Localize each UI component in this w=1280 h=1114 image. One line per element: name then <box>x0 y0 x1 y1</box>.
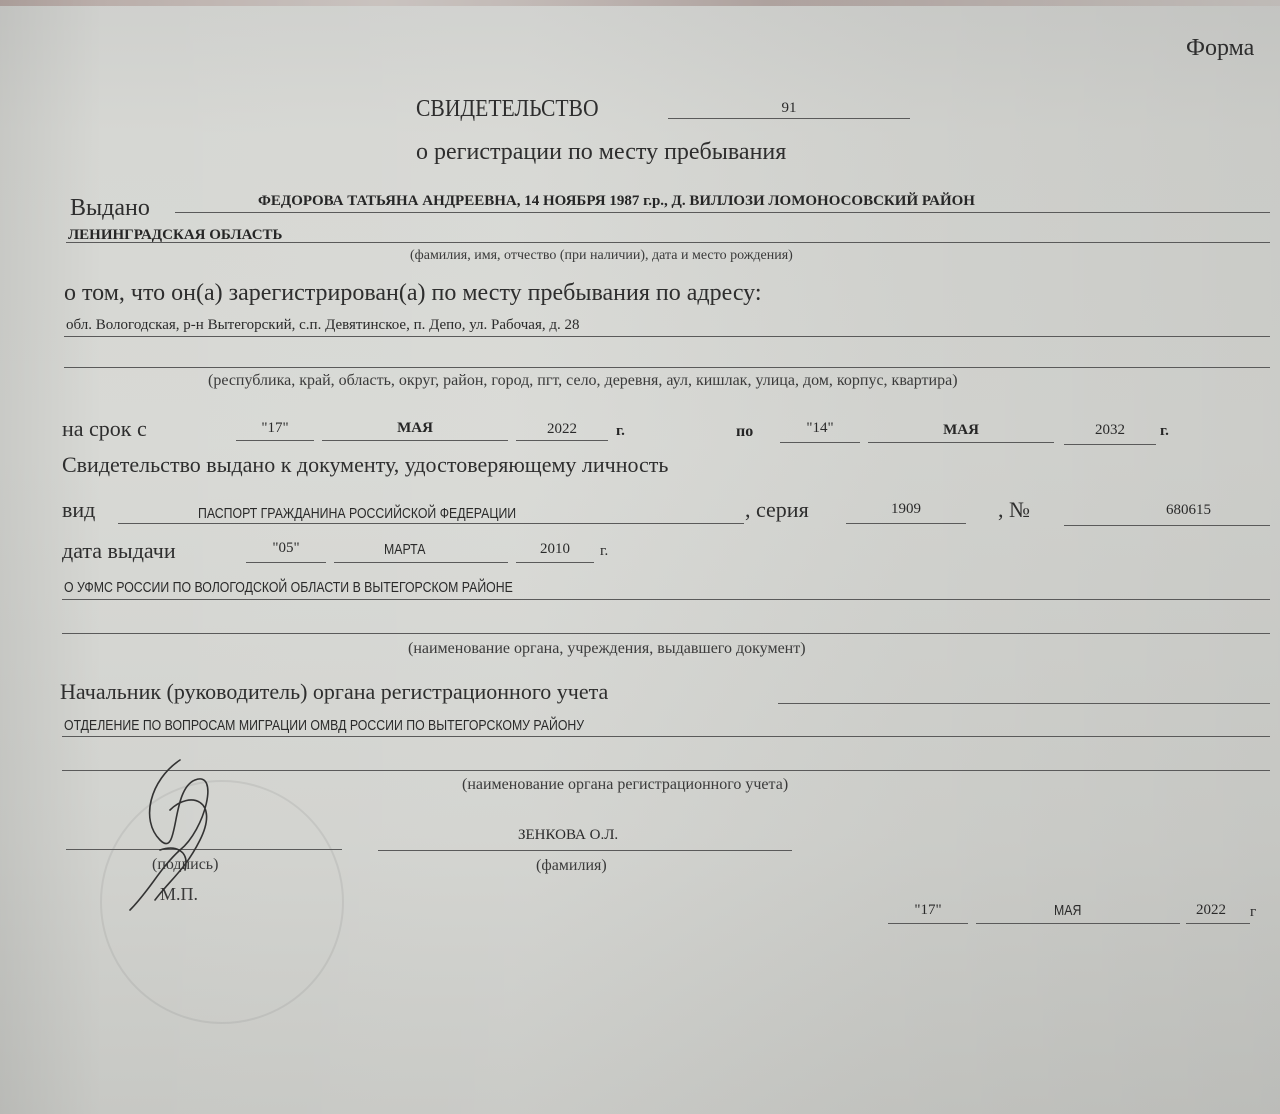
issue-day: "05" <box>246 541 326 556</box>
document-type-label: вид <box>62 499 95 521</box>
term-to-label: по <box>736 424 753 440</box>
issued-to-value-line-1: ФЕДОРОВА ТАТЬЯНА АНДРЕЕВНА, 14 НОЯБРЯ 19… <box>258 194 975 209</box>
surname-hint: (фамилия) <box>536 858 607 874</box>
issuer-line-2 <box>62 633 1270 634</box>
certificate-number: 91 <box>668 101 910 116</box>
document-number-line <box>1064 525 1270 526</box>
sign-date-month-line <box>976 923 1180 924</box>
term-to-month-line <box>868 442 1054 443</box>
document-series-value: 1909 <box>846 502 966 517</box>
term-from-day-line <box>236 440 314 441</box>
issue-day-line <box>246 562 326 563</box>
term-from-year-suffix: г. <box>616 424 625 439</box>
issuer-value-line-1: О УФМС РОССИИ ПО ВОЛОГОДСКОЙ ОБЛАСТИ В В… <box>64 580 513 595</box>
term-from-label: на срок с <box>62 418 147 440</box>
document-series-line <box>846 523 966 524</box>
sign-date-day-line <box>888 923 968 924</box>
term-to-year: 2032 <box>1064 423 1156 438</box>
address-line-2 <box>64 367 1270 368</box>
authority-head-label: Начальник (руководитель) органа регистра… <box>60 681 608 703</box>
term-to-year-line <box>1064 444 1156 445</box>
surname-value: ЗЕНКОВА О.Л. <box>518 828 618 843</box>
issued-to-hint: (фамилия, имя, отчество (при наличии), д… <box>410 249 793 263</box>
handwritten-signature <box>110 750 250 920</box>
issuer-line-1 <box>62 599 1270 600</box>
issue-year-line <box>516 562 594 563</box>
sign-date-year-line <box>1186 923 1250 924</box>
issue-month-line <box>334 562 508 563</box>
term-from-year: 2022 <box>516 422 608 437</box>
document-type-line <box>118 523 744 524</box>
authority-head-line <box>778 703 1270 704</box>
form-label: Форма <box>1186 36 1254 60</box>
document-type-value: ПАСПОРТ ГРАЖДАНИНА РОССИЙСКОЙ ФЕДЕРАЦИИ <box>198 506 516 521</box>
issued-to-label: Выдано <box>70 196 150 220</box>
photo-edge <box>0 0 1280 6</box>
sign-date-month: МАЯ <box>1054 903 1081 918</box>
sign-date-suffix: г <box>1250 905 1256 920</box>
document-number-label: , № <box>998 499 1030 521</box>
term-to-year-suffix: г. <box>1160 424 1169 439</box>
term-to-day-line <box>780 442 860 443</box>
certificate-number-line <box>668 118 910 119</box>
term-from-day: "17" <box>236 421 314 436</box>
address-hint: (республика, край, область, округ, район… <box>208 373 958 389</box>
term-to-month: МАЯ <box>868 423 1054 438</box>
issue-year: 2010 <box>516 542 594 557</box>
document-intro: Свидетельство выдано к документу, удосто… <box>62 454 668 476</box>
authority-org-line-1 <box>62 736 1270 737</box>
address-label: о том, что он(а) зарегистрирован(а) по м… <box>64 281 762 305</box>
issuer-hint: (наименование органа, учреждения, выдавш… <box>408 641 806 657</box>
issue-month: МАРТА <box>384 542 425 557</box>
issued-to-line-1 <box>175 212 1270 213</box>
term-to-day: "14" <box>780 421 860 436</box>
sign-date-day: "17" <box>888 903 968 918</box>
authority-org-value-line-1: ОТДЕЛЕНИЕ ПО ВОПРОСАМ МИГРАЦИИ ОМВД РОСС… <box>64 718 584 733</box>
issue-date-label: дата выдачи <box>62 540 176 562</box>
document-series-label: , серия <box>745 499 809 521</box>
term-from-year-line <box>516 440 608 441</box>
surname-line <box>378 850 792 851</box>
document-number-value: 680615 <box>1166 503 1211 518</box>
term-from-month-line <box>322 440 508 441</box>
sign-date-year: 2022 <box>1196 903 1226 918</box>
term-from-month: МАЯ <box>322 421 508 436</box>
authority-org-hint: (наименование органа регистрационного уч… <box>462 777 788 793</box>
issue-year-suffix: г. <box>600 544 608 559</box>
address-value-line-1: обл. Вологодская, р-н Вытегорский, с.п. … <box>66 318 580 333</box>
address-line-1 <box>64 336 1270 337</box>
certificate-title: СВИДЕТЕЛЬСТВО <box>416 97 599 121</box>
certificate-subtitle: о регистрации по месту пребывания <box>416 140 786 164</box>
issued-to-value-line-2: ЛЕНИНГРАДСКАЯ ОБЛАСТЬ <box>68 228 282 243</box>
